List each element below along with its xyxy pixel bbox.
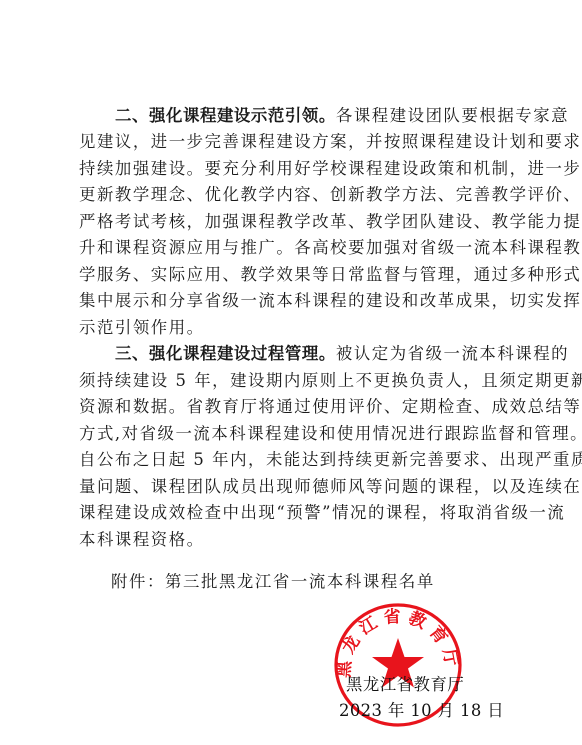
section2-line-9: 示范引领作用。 [79, 318, 511, 338]
section3-line-5: 自公布之日起 5 年内，未能达到持续更新完善要求、出现严重质 [79, 450, 511, 470]
signature-organization: 黑龙江省教育厅 [346, 671, 464, 695]
signature-date: 2023 年 10 月 18 日 [339, 697, 504, 721]
section3-line-4: 方式,对省级一流本科课程建设和使用情况进行跟踪监督和管理。 [79, 424, 511, 444]
section3-line-8: 本科课程资格。 [79, 530, 511, 550]
section3-line-6: 量问题、课程团队成员出现师德师风等问题的课程，以及连续在 [79, 477, 511, 497]
section2-line-3: 持续加强建设。要充分利用好学校课程建设政策和机制，进一步 [79, 159, 511, 179]
section2-heading: 二、强化课程建设示范引领。 [115, 106, 336, 125]
section3-line-3: 资源和数据。省教育厅将通过使用评价、定期检查、成效总结等 [79, 397, 511, 417]
attachment-note: 附件：第三批黑龙江省一流本科课程名单 [111, 568, 435, 592]
section2-line-1: 二、强化课程建设示范引领。各课程建设团队要根据专家意 [115, 106, 511, 126]
section2-line-8: 集中展示和分享省级一流本科课程的建设和改革成果，切实发挥 [79, 291, 511, 311]
section3-heading: 三、强化课程建设过程管理。 [115, 344, 336, 363]
document-page: 二、强化课程建设示范引领。各课程建设团队要根据专家意 见建议，进一步完善课程建设… [0, 0, 582, 745]
section2-line-5: 严格考试考核，加强课程教学改革、教学团队建设、教学能力提 [79, 212, 511, 232]
section3-line-7: 课程建设成效检查中出现“预警”情况的课程，将取消省级一流 [79, 503, 511, 523]
section2-line-6: 升和课程资源应用与推广。各高校要加强对省级一流本科课程教 [79, 238, 511, 258]
section3-line-2: 须持续建设 5 年，建设期内原则上不更换负责人，且须定期更新 [79, 371, 511, 391]
section2-line-7: 学服务、实际应用、教学效果等日常监督与管理，通过多种形式 [79, 265, 511, 285]
section3-line-1: 三、强化课程建设过程管理。被认定为省级一流本科课程的 [115, 344, 511, 364]
section2-line-2: 见建议，进一步完善课程建设方案，并按照课程建设计划和要求 [79, 132, 511, 152]
section2-line-4: 更新教学理念、优化教学内容、创新教学方法、完善教学评价、 [79, 185, 511, 205]
